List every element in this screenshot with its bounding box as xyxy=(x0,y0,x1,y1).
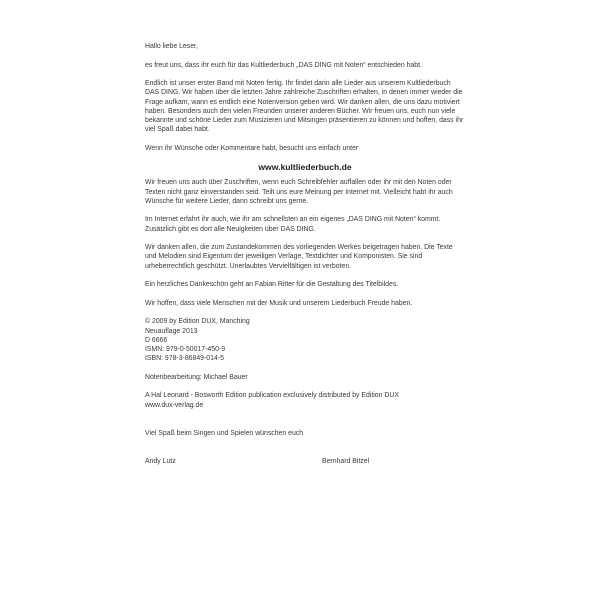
distribution-note: A Hal Leonard - Bosworth Edition publica… xyxy=(145,391,465,400)
body-paragraph: Im Internet erfahrt ihr auch, wie ihr am… xyxy=(145,215,465,233)
imprint-catalog-number: D 6666 xyxy=(145,336,465,345)
imprint-copyright: © 2009 by Edition DUX, Manching xyxy=(145,317,465,326)
intro-paragraph: Wenn ihr Wünsche oder Kommentare habt, b… xyxy=(145,144,465,153)
signature-andy-lutz: Andy Lutz xyxy=(145,457,176,466)
imprint-ismn: ISMN: 979-0-50017-450-9 xyxy=(145,345,465,354)
document-page: Hallo liebe Leser, es freut uns, dass ih… xyxy=(145,42,465,467)
greeting: Hallo liebe Leser, xyxy=(145,42,465,51)
arrangement-credit: Notenbearbeitung: Michael Bauer xyxy=(145,373,465,382)
intro-paragraph: es freut uns, dass ihr euch für das Kult… xyxy=(145,61,465,70)
website-link[interactable]: www.kultliederbuch.de xyxy=(145,162,465,173)
imprint-isbn: ISBN: 978-3-86849-014-5 xyxy=(145,354,465,363)
body-paragraph: Wir danken allen, die zum Zustandekommen… xyxy=(145,243,465,271)
imprint-edition: Neuauflage 2013 xyxy=(145,327,465,336)
closing-line: Viel Spaß beim Singen und Spielen wünsch… xyxy=(145,429,465,438)
imprint-block: © 2009 by Edition DUX, Manching Neuaufla… xyxy=(145,317,465,363)
body-paragraph: Wir freuen uns auch über Zuschriften, we… xyxy=(145,178,465,206)
signature-bernhard-bitzel: Bernhard Bitzel xyxy=(322,457,369,466)
intro-paragraph: Endlich ist unser erster Band mit Noten … xyxy=(145,79,465,134)
body-paragraph: Ein herzliches Dankeschön geht an Fabian… xyxy=(145,280,465,289)
distribution-block: A Hal Leonard - Bosworth Edition publica… xyxy=(145,391,465,409)
spacer xyxy=(145,419,465,428)
body-paragraph: Wir hoffen, dass viele Menschen mit der … xyxy=(145,299,465,308)
signatures: Andy Lutz Bernhard Bitzel xyxy=(145,457,465,467)
publisher-website-link[interactable]: www.dux-verlag.de xyxy=(145,401,465,410)
